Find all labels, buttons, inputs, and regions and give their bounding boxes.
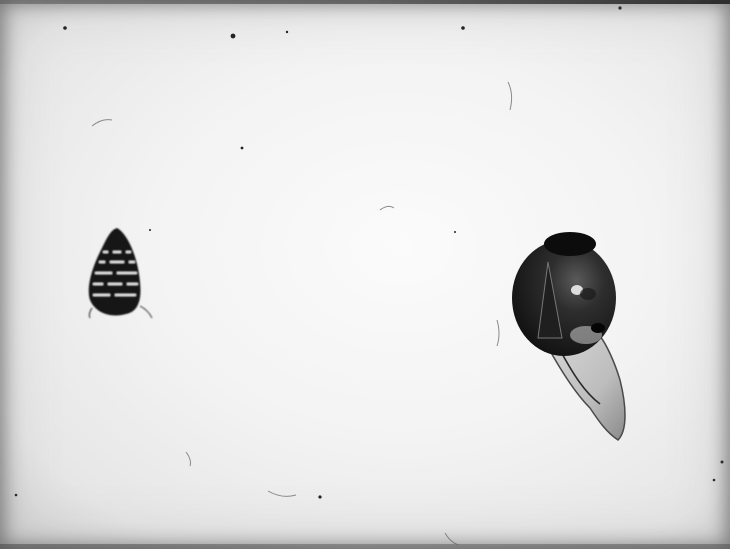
ladybird-beetle bbox=[512, 232, 625, 440]
scene bbox=[0, 0, 730, 549]
larva bbox=[89, 228, 152, 318]
photograph: Grayscale photograph of a ladybird larva… bbox=[0, 0, 730, 549]
fibers bbox=[92, 82, 512, 545]
